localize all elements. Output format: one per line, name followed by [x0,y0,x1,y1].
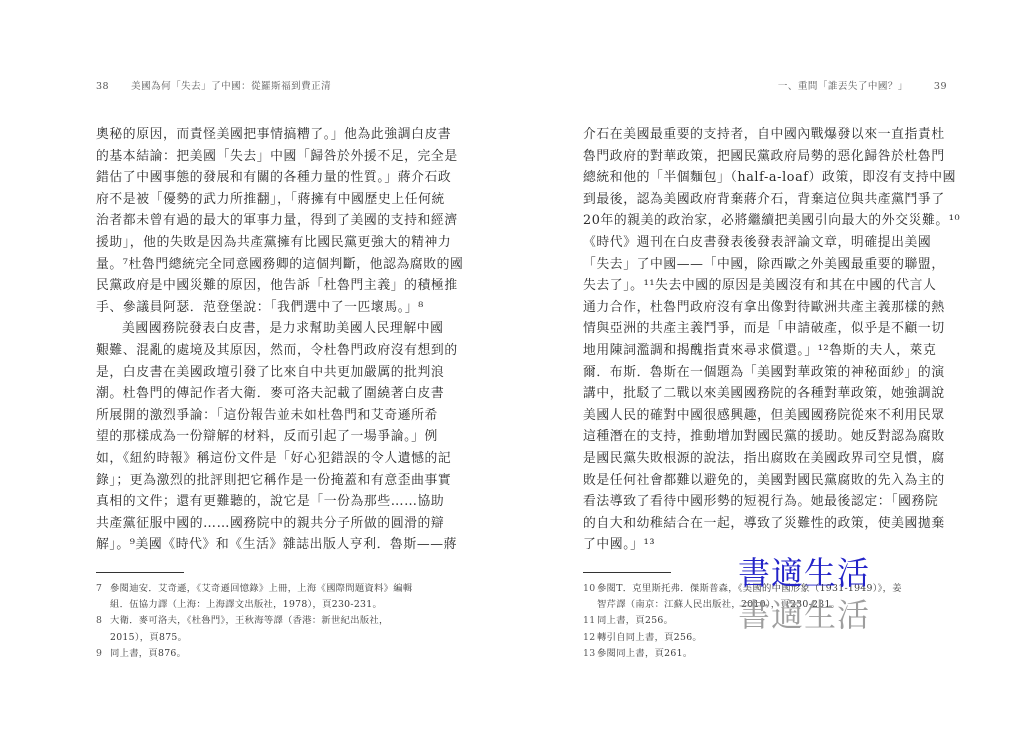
text-line: 美國人民的確對中國很感興趣，但美國國務院從來不利用民眾 [583,405,935,427]
text-line: 望的那樣成為一份辯解的材料，反而引起了一場爭論。」例 [96,426,448,448]
footnote: 8大衛．麥可洛夫，《杜魯門》，王秋海等譯（香港：新世紀出版社，2015），頁87… [96,613,456,645]
footnote-number: 7 [96,581,102,597]
footnote-text: 組．伍協力譯（上海：上海譯文出版社，1978），頁230-231。 [110,597,456,613]
text-line: 真相的文件；還有更難聽的，說它是「一份為那些……協助 [96,491,448,513]
body-text: 介石在美國最重要的支持者，自中國內戰爆發以來一直指責杜魯門政府的對華政策，把國民… [583,124,935,556]
text-line: 潮。杜魯門的傳記作者大衛．麥可洛夫記載了圍繞著白皮書 [96,383,448,405]
footnote-number: 8 [96,613,102,629]
text-line: 魯門政府的對華政策，把國民黨政府局勢的惡化歸咎於杜魯門 [583,146,935,168]
footnote-separator [96,572,184,573]
footnote-text: 大衛．麥可洛夫，《杜魯門》，王秋海等譯（香港：新世紀出版社， [110,613,456,629]
footnote-text: 參閱同上書，頁261。 [597,646,943,662]
text-line: 總統和他的「半個麵包」（half-a-loaf）政策，即沒有支持中國 [583,167,935,189]
text-line: 援助」，他的失敗是因為共產黨擁有比國民黨更強大的精神力 [96,232,448,254]
text-line: 情與亞洲的共產主義鬥爭，而是「申請破產，似乎是不顧一切 [583,318,935,340]
footnote: 9同上書，頁876。 [96,646,456,662]
footnote-text: 2015），頁875。 [110,630,456,646]
page-number: 39 [934,81,947,92]
text-line: 民黨政府是中國災難的原因，他告訴「杜魯門主義」的積極推 [96,275,448,297]
footnote-text: 同上書，頁876。 [110,646,456,662]
text-line: 敗是任何社會都難以避免的，美國對國民黨腐敗的先入為主的 [583,470,935,492]
left-page: 38美國為何「失去」了中國：從羅斯福到費正清 奧秘的原因，而責怪美國把事情搞糟了… [0,0,513,736]
footnote: 7參閱迪安．艾奇遜，《艾奇遜回憶錄》上冊，上海《國際問題資料》編輯組．伍協力譯（… [96,581,456,613]
text-line: 看法導致了看待中國形勢的短視行為。她最後認定：「國務院 [583,491,935,513]
body-text: 奧秘的原因，而責怪美國把事情搞糟了。」他為此強調白皮書的基本結論：把美國「失去」… [96,124,448,556]
footnote-number: 12 [583,630,595,646]
text-line: 所展開的激烈爭論：「這份報告並未如杜魯門和艾奇遜所希 [96,405,448,427]
footnote-text: 參閱迪安．艾奇遜，《艾奇遜回憶錄》上冊，上海《國際問題資料》編輯 [110,581,456,597]
text-line: 府不是被「優勢的武力所推翻」，「蔣擁有中國歷史上任何統 [96,189,448,211]
text-line: 美國國務院發表白皮書，是力求幫助美國人民理解中國 [96,318,448,340]
footnote-number: 13 [583,646,595,662]
text-line: 這種潛在的支持，推動增加對國民黨的援助。她反對認為腐敗 [583,426,935,448]
footnote-number: 10 [583,581,595,597]
text-line: 失去了」。¹¹失去中國的原因是美國沒有和其在中國的代言人 [583,275,935,297]
text-line: 的自大和幼稚結合在一起，導致了災難性的政策，使美國拋棄 [583,513,935,535]
running-head-title: 美國為何「失去」了中國：從羅斯福到費正清 [131,81,331,92]
text-line: 是，白皮書在美國政壇引發了比來自中共更加嚴厲的批判浪 [96,362,448,384]
text-line: 爾．布斯．魯斯在一個題為「美國對華政策的神秘面紗」的演 [583,362,935,384]
footnotes: 7參閱迪安．艾奇遜，《艾奇遜回憶錄》上冊，上海《國際問題資料》編輯組．伍協力譯（… [96,581,456,662]
footnote-number: 9 [96,646,102,662]
text-line: 奧秘的原因，而責怪美國把事情搞糟了。」他為此強調白皮書 [96,124,448,146]
footnote: 13參閱同上書，頁261。 [583,646,943,662]
watermark-gray: 書適生活 [738,590,870,636]
running-head-left: 38美國為何「失去」了中國：從羅斯福到費正清 [96,78,331,92]
text-line: 治者都未曾有過的最大的軍事力量，得到了美國的支持和經濟 [96,210,448,232]
text-line: 艱難、混亂的處境及其原因，然而，令杜魯門政府沒有想到的 [96,340,448,362]
footnote-separator [583,572,671,573]
text-line: 解」。⁹美國《時代》和《生活》雜誌出版人亨利．魯斯——蔣 [96,534,448,556]
text-line: 介石在美國最重要的支持者，自中國內戰爆發以來一直指責杜 [583,124,935,146]
text-line: 共產黨征服中國的……國務院中的親共分子所做的圓滑的辯 [96,513,448,535]
text-line: 20年的親美的政治家，必將繼續把美國引向最大的外交災難。¹⁰ [583,210,935,232]
text-line: 如，《紐約時報》稱這份文件是「好心犯錯誤的令人遺憾的記 [96,448,448,470]
page-number: 38 [96,81,109,92]
text-line: 量。⁷杜魯門總統完全同意國務卿的這個判斷，他認為腐敗的國 [96,254,448,276]
footnote-number: 11 [583,613,595,629]
text-line: 到最後，認為美國政府背棄蔣介石，背棄這位與共產黨鬥爭了 [583,189,935,211]
text-line: 手、參議員阿瑟．范登堡說：「我們選中了一匹壞馬。」⁸ [96,297,448,319]
text-line: 講中，批駁了二戰以來美國國務院的各種對華政策，她強調說 [583,383,935,405]
watermark-blue: 書適生活 [738,548,870,594]
text-line: 錯估了中國事態的發展和有關的各種力量的性質。」蔣介石政 [96,167,448,189]
right-page: 一、重問「誰丟失了中國？」39 介石在美國最重要的支持者，自中國內戰爆發以來一直… [513,0,1027,736]
text-line: 錄」；更為激烈的批評則把它稱作是一份掩蓋和有意歪曲事實 [96,470,448,492]
text-line: 「失去」了中國——「中國，除西歐之外美國最重要的聯盟， [583,254,935,276]
text-line: 地用陳詞濫調和揭醜指責來尋求償還。」¹²魯斯的夫人，萊克 [583,340,935,362]
text-line: 《時代》週刊在白皮書發表後發表評論文章，明確提出美國 [583,232,935,254]
text-line: 通力合作，杜魯門政府沒有拿出像對待歐洲共產主義那樣的熱 [583,297,935,319]
running-head-title: 一、重問「誰丟失了中國？」 [778,81,908,92]
running-head-right: 一、重問「誰丟失了中國？」39 [778,78,947,92]
text-line: 的基本結論：把美國「失去」中國「歸咎於外援不足，完全是 [96,146,448,168]
text-line: 是國民黨失敗根源的說法，指出腐敗在美國政界司空見慣，腐 [583,448,935,470]
